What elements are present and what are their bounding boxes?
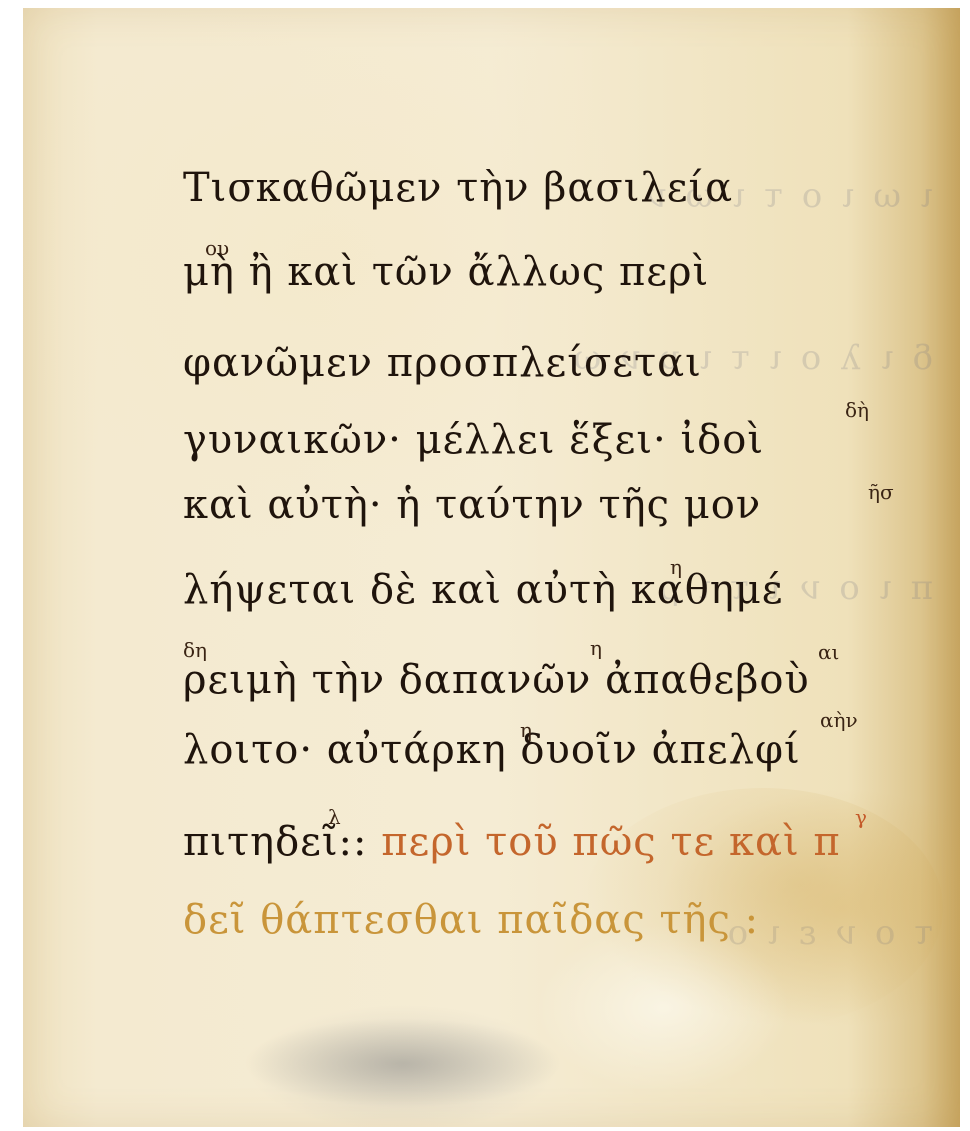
rubric-line-10: δεῖ θάπτεσθαι παῖδας τῆς :: [183, 900, 759, 940]
text-line-3: φανῶμεν προσπλείσεται: [183, 343, 702, 383]
interlinear-abbreviation: αι: [818, 640, 839, 664]
text-line-2: μὴ ἢ καὶ τῶν ἄλλως περὶ: [183, 252, 709, 292]
interlinear-abbreviation: γ: [855, 805, 867, 829]
text-line-9: πιτηδεῖ:: περὶ τοῦ πῶς τε καὶ π: [183, 822, 841, 862]
rubric-heading-continuation: δεῖ θάπτεσθαι παῖδας τῆς :: [183, 897, 759, 943]
interlinear-abbreviation: αὴν: [820, 708, 858, 732]
interlinear-abbreviation: η: [590, 636, 602, 660]
interlinear-abbreviation: ῆσ: [868, 480, 894, 504]
interlinear-abbreviation: δη: [183, 638, 207, 662]
interlinear-abbreviation: ου: [205, 236, 229, 260]
text-line-6: λήψεται δὲ καὶ αὐτὴ καθημέ: [183, 570, 784, 610]
rubric-heading: περὶ τοῦ πῶς τε καὶ π: [368, 819, 841, 865]
text-line-1: Τισκαθῶμεν τὴν βασιλεία: [183, 168, 733, 208]
interlinear-abbreviation: λ: [328, 805, 341, 829]
grey-smudge: [243, 1018, 563, 1108]
text-line-8: λοιτο· αὐτάρκη δυοῖν ἀπελφί: [183, 730, 801, 770]
text-line-4: γυναικῶν· μέλλει ἕξει· ἰδοὶ: [183, 420, 764, 460]
text-line-5: καὶ αὐτὴ· ἡ ταύτην τῆς μον: [183, 485, 761, 525]
interlinear-abbreviation: δὴ: [845, 398, 869, 422]
interlinear-abbreviation: η: [670, 555, 682, 579]
text-line-7: ρειμὴ τὴν δαπανῶν ἀπαθεβοὺ: [183, 660, 810, 700]
interlinear-abbreviation: η: [520, 718, 532, 742]
